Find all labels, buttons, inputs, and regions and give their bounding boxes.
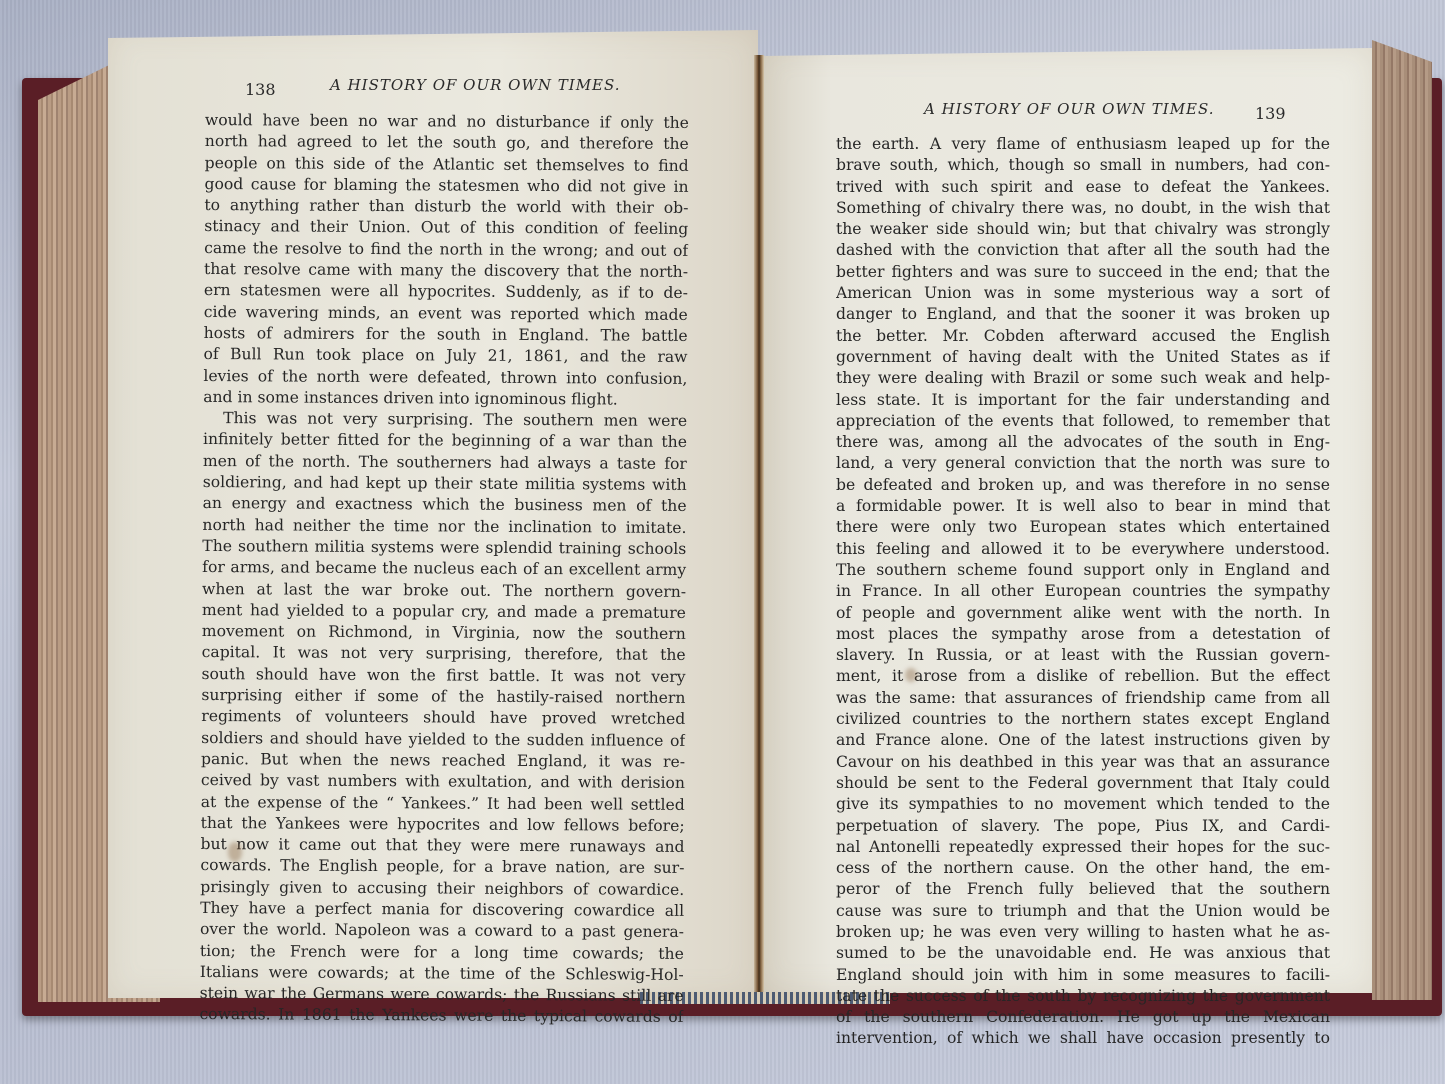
- text-line: hosts of admirers for the south in Engla…: [204, 323, 688, 347]
- text-line: peror of the French fully believed that …: [836, 879, 1330, 900]
- text-line: American Union was in some mysterious wa…: [836, 283, 1330, 304]
- text-line: came the resolve to find the north in th…: [204, 238, 688, 262]
- text-line: cide wavering minds, an event was report…: [204, 302, 688, 326]
- text-line: cess of the northern cause. On the other…: [836, 858, 1330, 879]
- text-line: prisingly given to accusing their neighb…: [200, 877, 684, 901]
- text-line: sumed to be the unavoidable end. He was …: [836, 943, 1330, 964]
- text-line: soldiers and should have yielded to the …: [201, 728, 685, 752]
- text-line: appreciation of the events that followed…: [836, 411, 1330, 432]
- text-line: The southern militia systems were splend…: [202, 536, 686, 560]
- text-line: surprising either if some of the hastily…: [201, 685, 685, 709]
- text-line: that resolve came with many the discover…: [204, 259, 688, 283]
- text-line: for arms, and became the nucleus each of…: [202, 557, 686, 581]
- text-line: panic. But when the news reached England…: [201, 749, 685, 773]
- right-page-number: 139: [1255, 104, 1286, 123]
- text-line: they were dealing with Brazil or some su…: [836, 368, 1330, 389]
- text-line: danger to England, and that the sooner i…: [836, 304, 1330, 325]
- text-line: there were only two European states whic…: [836, 517, 1330, 538]
- text-line: give its sympathies to no movement which…: [836, 794, 1330, 815]
- text-line: regiments of volunteers should have prov…: [201, 706, 685, 730]
- right-page-body: the earth. A very flame of enthusiasm le…: [836, 134, 1330, 1050]
- text-line: civilized countries to the northern stat…: [836, 709, 1330, 730]
- text-line: ment had yielded to a popular cry, and m…: [202, 600, 686, 624]
- text-line: this feeling and allowed it to be everyw…: [836, 539, 1330, 560]
- text-line: less state. It is important for the fair…: [836, 390, 1330, 411]
- text-line: there was, among all the advocates of th…: [836, 432, 1330, 453]
- right-running-head: A HISTORY OF OUR OWN TIMES.: [924, 100, 1215, 118]
- text-line: would have been no war and no disturbanc…: [205, 110, 689, 134]
- text-line: the better. Mr. Cobden afterward accused…: [836, 326, 1330, 347]
- text-line: broken up; he was even very willing to h…: [836, 922, 1330, 943]
- book-gutter: [754, 55, 764, 1003]
- text-line: Italians were cowards; at the time of th…: [200, 962, 684, 986]
- text-line: This was not very surprising. The southe…: [203, 408, 687, 432]
- text-line: in France. In all other European countri…: [836, 581, 1330, 602]
- text-line: cowards. In 1861 the Yankees were the ty…: [199, 1004, 683, 1028]
- text-line: They have a perfect mania for discoverin…: [200, 898, 684, 922]
- text-line: cowards. The English people, for a brave…: [200, 855, 684, 879]
- text-line: over the world. Napoleon was a coward to…: [200, 919, 684, 943]
- text-line: infinitely better fitted for the beginni…: [203, 429, 687, 453]
- text-line: Something of chivalry there was, no doub…: [836, 198, 1330, 219]
- text-line: ern statesmen were all hypocrites. Sudde…: [204, 280, 688, 304]
- text-line: land, a very general conviction that the…: [836, 453, 1330, 474]
- text-line: brave south, which, though so small in n…: [836, 155, 1330, 176]
- text-line: stinacy and their Union. Out of this con…: [204, 216, 688, 240]
- left-page-body: would have been no war and no disturbanc…: [199, 110, 689, 1029]
- text-line: capital. It was not very surprising, the…: [202, 642, 686, 666]
- text-line: levies of the north were defeated, throw…: [203, 366, 687, 390]
- text-line: a formidable power. It is well also to b…: [836, 496, 1330, 517]
- text-line: good cause for blaming the statesmen who…: [204, 174, 688, 198]
- text-line: tate the success of the south by recogni…: [836, 986, 1330, 1007]
- text-line: trived with such spirit and ease to defe…: [836, 177, 1330, 198]
- text-line: when at last the war broke out. The nort…: [202, 579, 686, 603]
- text-line: but now it came out that they were mere …: [200, 834, 684, 858]
- text-line: slavery. In Russia, or at least with the…: [836, 645, 1330, 666]
- text-line: of people and government alike went with…: [836, 603, 1330, 624]
- page-edges-right: [1372, 40, 1432, 1000]
- text-line: cause was sure to triumph and that the U…: [836, 901, 1330, 922]
- text-line: Cavour on his deathbed in this year was …: [836, 752, 1330, 773]
- left-running-head: A HISTORY OF OUR OWN TIMES.: [330, 76, 621, 94]
- text-line: at the expense of the “ Yankees.” It had…: [201, 791, 685, 815]
- text-line: of the southern Confederation. He got up…: [836, 1007, 1330, 1028]
- text-line: intervention, of which we shall have occ…: [836, 1028, 1330, 1049]
- text-line: the weaker side should win; but that chi…: [836, 219, 1330, 240]
- text-line: better fighters and was sure to succeed …: [836, 262, 1330, 283]
- text-line: and in some instances driven into ignomi…: [203, 387, 687, 411]
- text-line: tion; the French were for a long time co…: [200, 941, 684, 965]
- text-line: men of the north. The southerners had al…: [203, 451, 687, 475]
- text-line: and France alone. One of the latest inst…: [836, 730, 1330, 751]
- text-line: north had agreed to let the south go, an…: [205, 131, 689, 155]
- text-line: of Bull Run took place on July 21, 1861,…: [203, 344, 687, 368]
- text-line: government of having dealt with the Unit…: [836, 347, 1330, 368]
- text-line: that the Yankees were hypocrites and low…: [201, 813, 685, 837]
- text-line: England should join with him in some mea…: [836, 965, 1330, 986]
- text-line: south should have won the first battle. …: [201, 664, 685, 688]
- text-line: perpetuation of slavery. The pope, Pius …: [836, 816, 1330, 837]
- left-page-number: 138: [245, 80, 276, 99]
- text-line: to anything rather than disturb the worl…: [204, 195, 688, 219]
- text-line: should be sent to the Federal government…: [836, 773, 1330, 794]
- text-line: people on this side of the Atlantic set …: [205, 153, 689, 177]
- text-line: the earth. A very flame of enthusiasm le…: [836, 134, 1330, 155]
- text-line: ceived by vast numbers with exultation, …: [201, 770, 685, 794]
- text-line: soldiering, and had kept up their state …: [203, 472, 687, 496]
- text-line: be defeated and broken up, and was there…: [836, 475, 1330, 496]
- text-line: dashed with the conviction that after al…: [836, 240, 1330, 261]
- text-line: stein war the Germans were cowards; the …: [200, 983, 684, 1007]
- text-line: The southern scheme found support only i…: [836, 560, 1330, 581]
- text-line: was the same: that assurances of friends…: [836, 688, 1330, 709]
- text-line: north had neither the time nor the incli…: [202, 515, 686, 539]
- text-line: most places the sympathy arose from a de…: [836, 624, 1330, 645]
- paper-stain: [905, 668, 917, 682]
- text-line: nal Antonelli repeatedly expressed their…: [836, 837, 1330, 858]
- text-line: movement on Richmond, in Virginia, now t…: [202, 621, 686, 645]
- text-line: an energy and exactness which the busine…: [203, 493, 687, 517]
- paper-stain: [228, 842, 242, 862]
